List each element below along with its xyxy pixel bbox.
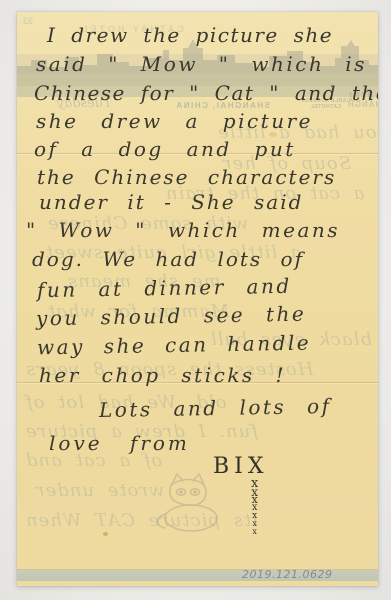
scan-background: 33 CATHAY HOTEL SHANGHAI, CHINA CABLE AD… [0, 0, 391, 600]
letter-line: you should see the [36, 302, 307, 331]
letter-line: Chinese for " Cat " and then [34, 81, 378, 105]
letter-line: way she can handle [37, 331, 312, 360]
letter-line: love from [49, 431, 190, 455]
letter-line: I drew the picture she [47, 23, 333, 47]
letter-line: fun at dinner and [37, 274, 292, 302]
letter-page: 33 CATHAY HOTEL SHANGHAI, CHINA CABLE AD… [17, 12, 378, 586]
letter-line: Lots and lots of [99, 394, 332, 422]
kiss-mark: x [252, 528, 257, 536]
letter-line: said " Mow " which is [36, 52, 367, 76]
cat-doodle-icon [152, 472, 228, 536]
ghost-page-number: 33 [23, 16, 33, 26]
letter-line: the Chinese characters [37, 165, 336, 189]
letter-line: her chop sticks ! [39, 363, 286, 387]
letter-line: of a dog and put [34, 137, 296, 161]
kisses-column: xxxxxxx [251, 480, 258, 536]
paper-stain [103, 532, 108, 536]
letter-line: dog. We had lots of [32, 247, 304, 271]
ghost-text-line: wrote under [35, 480, 164, 501]
letter-line: " Wow " which means [26, 218, 340, 242]
letter-line: she drew a picture [36, 109, 313, 133]
letter-line: under it - She said [39, 190, 303, 214]
accession-number: 2019.121.0629 [242, 568, 342, 581]
